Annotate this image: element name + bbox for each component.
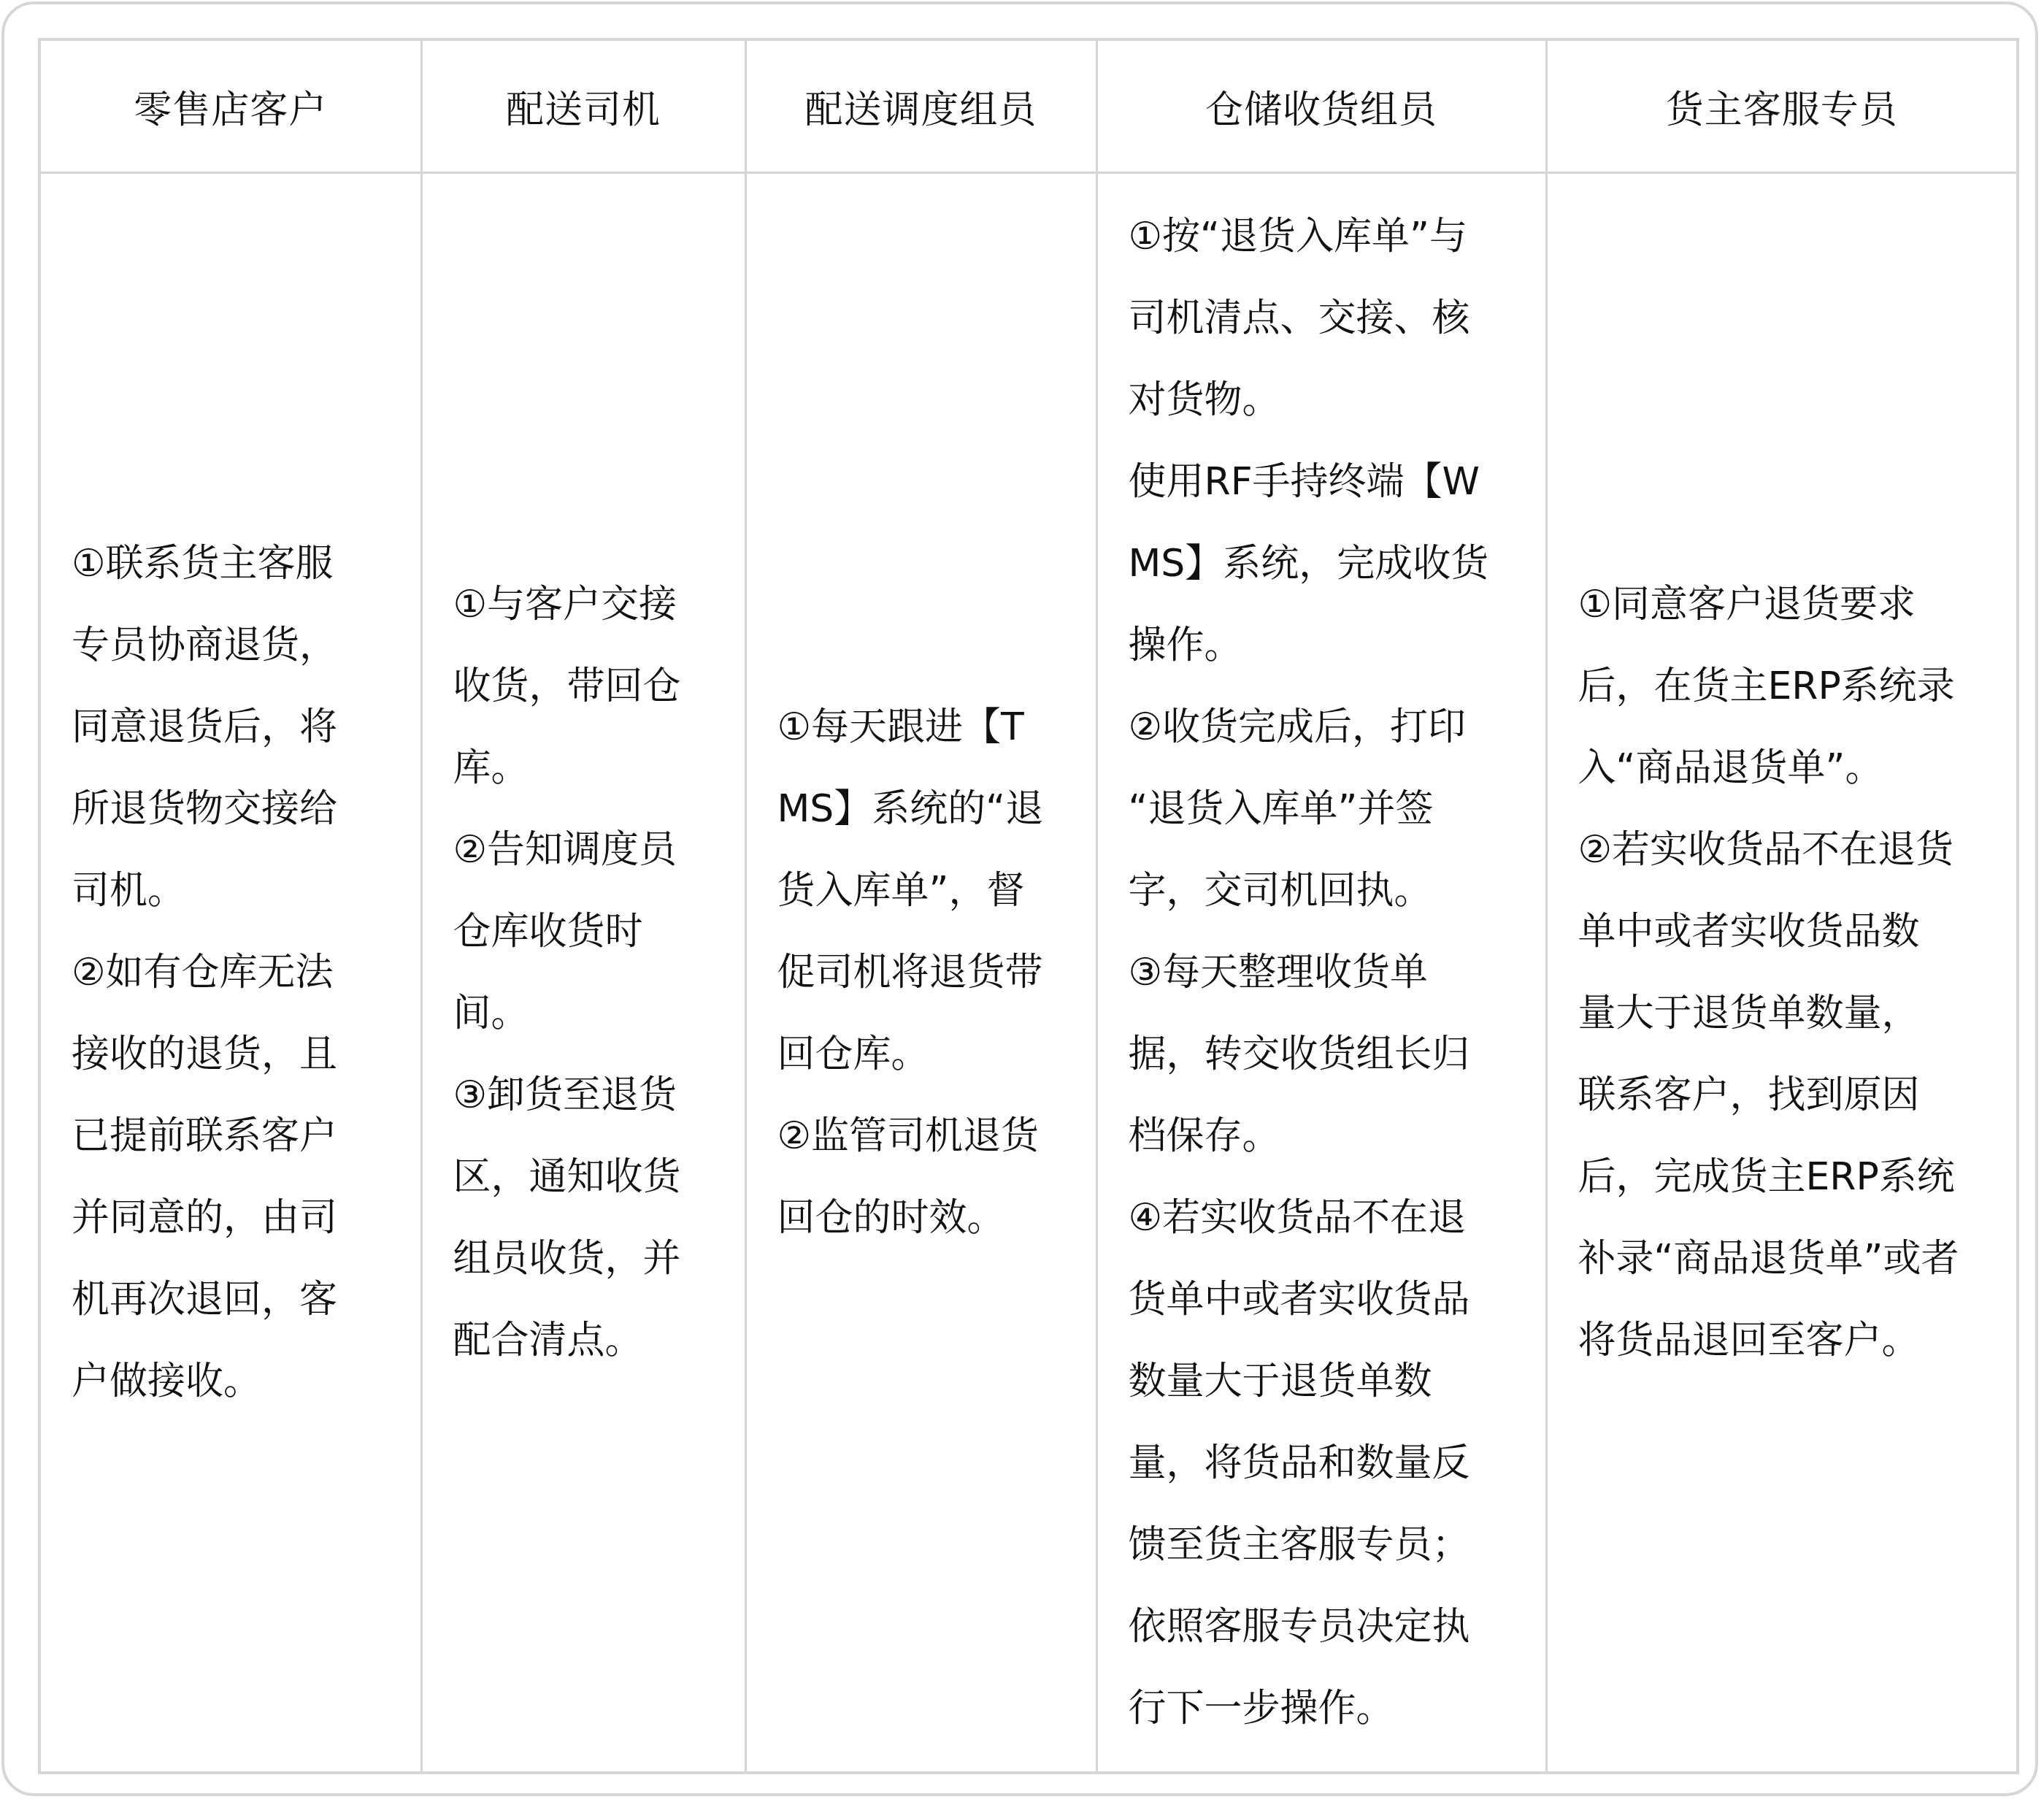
cell-text-line: 专员协商退货，: [72, 605, 406, 686]
cell-text-line: 回仓的时效。: [777, 1177, 1081, 1259]
cell-dispatch-member: ①每天跟进【TMS】系统的“退货入库单”，督促司机将退货带回仓库。②监管司机退货…: [745, 172, 1096, 1773]
cell-text-line: 收货，带回仓: [453, 645, 730, 727]
cell-text-line: 已提前联系客户: [72, 1095, 406, 1177]
cell-text-line: ③每天整理收货单: [1129, 932, 1531, 1013]
header-dispatch-member: 配送调度组员: [745, 39, 1096, 172]
cell-text-line: ②收货完成后，打印: [1129, 686, 1531, 768]
cell-text-line: 后，完成货主ERP系统: [1578, 1136, 2002, 1218]
cell-text-line: 配合清点。: [453, 1300, 730, 1381]
cell-text-line: 所退货物交接给: [72, 768, 406, 850]
cell-text-line: 后，在货主ERP系统录: [1578, 645, 2002, 727]
cell-text-line: “退货入库单”并签: [1129, 768, 1531, 850]
header-owner-service-specialist: 货主客服专员: [1546, 39, 2018, 172]
cell-text-line: 库。: [453, 727, 730, 809]
cell-text-line: 货入库单”，督: [777, 850, 1081, 932]
cell-text-line: 区，通知收货: [453, 1136, 730, 1218]
cell-text-line: 司机。: [72, 850, 406, 932]
cell-text-line: MS】系统的“退: [777, 768, 1081, 850]
cell-text-line: ①同意客户退货要求: [1578, 564, 2002, 645]
header-retail-customer: 零售店客户: [39, 39, 421, 172]
cell-text-line: 促司机将退货带: [777, 932, 1081, 1013]
cell-text-line: 并同意的，由司: [72, 1177, 406, 1259]
cell-text-line: MS】系统，完成收货: [1129, 523, 1531, 605]
return-process-table: 零售店客户 配送司机 配送调度组员 仓储收货组员 货主客服专员 ①联系货主客服专…: [38, 38, 2019, 1774]
cell-text-line: 组员收货，并: [453, 1218, 730, 1300]
cell-text-line: 将货品退回至客户。: [1578, 1300, 2002, 1381]
cell-text-line: 量，将货品和数量反: [1129, 1422, 1531, 1504]
cell-text-line: 使用RF手持终端【W: [1129, 441, 1531, 523]
cell-text-line: 字，交司机回执。: [1129, 850, 1531, 932]
header-row: 零售店客户 配送司机 配送调度组员 仓储收货组员 货主客服专员: [39, 39, 2018, 172]
cell-text-line: 接收的退货，且: [72, 1013, 406, 1095]
cell-text-line: ④若实收货品不在退: [1129, 1177, 1531, 1259]
cell-text-line: 据，转交收货组长归: [1129, 1013, 1531, 1095]
cell-text-line: 对货物。: [1129, 359, 1531, 441]
cell-text-line: 依照客服专员决定执: [1129, 1586, 1531, 1668]
cell-text-line: ①每天跟进【T: [777, 686, 1081, 768]
cell-text-line: 机再次退回，客: [72, 1259, 406, 1341]
cell-text-line: 仓库收货时: [453, 891, 730, 973]
cell-retail-customer: ①联系货主客服专员协商退货，同意退货后，将所退货物交接给司机。②如有仓库无法接收…: [39, 172, 421, 1773]
cell-text-line: ②若实收货品不在退货: [1578, 809, 2002, 891]
cell-text-line: 户做接收。: [72, 1341, 406, 1422]
cell-warehouse-receiving-member: ①按“退货入库单”与司机清点、交接、核对货物。使用RF手持终端【WMS】系统，完…: [1096, 172, 1546, 1773]
cell-text-line: 行下一步操作。: [1129, 1668, 1531, 1749]
cell-text-line: ②如有仓库无法: [72, 932, 406, 1013]
table-card: 零售店客户 配送司机 配送调度组员 仓储收货组员 货主客服专员 ①联系货主客服专…: [1, 1, 2038, 1796]
cell-text-line: 单中或者实收货品数: [1578, 891, 2002, 973]
header-delivery-driver: 配送司机: [421, 39, 745, 172]
cell-owner-service-specialist: ①同意客户退货要求后，在货主ERP系统录入“商品退货单”。②若实收货品不在退货单…: [1546, 172, 2018, 1773]
cell-text-line: ②告知调度员: [453, 809, 730, 891]
cell-text-line: 补录“商品退货单”或者: [1578, 1218, 2002, 1300]
cell-text-line: 货单中或者实收货品: [1129, 1259, 1531, 1341]
cell-text-line: 间。: [453, 973, 730, 1054]
cell-text-line: 入“商品退货单”。: [1578, 727, 2002, 809]
cell-text-line: 联系客户，找到原因: [1578, 1054, 2002, 1136]
cell-text-line: 操作。: [1129, 605, 1531, 686]
cell-text-line: ①按“退货入库单”与: [1129, 196, 1531, 277]
cell-text-line: 档保存。: [1129, 1095, 1531, 1177]
cell-text-line: ②监管司机退货: [777, 1095, 1081, 1177]
cell-text-line: 司机清点、交接、核: [1129, 277, 1531, 359]
cell-text-line: ①与客户交接: [453, 564, 730, 645]
cell-text-line: 数量大于退货单数: [1129, 1341, 1531, 1422]
cell-text-line: ①联系货主客服: [72, 523, 406, 605]
cell-text-line: 同意退货后，将: [72, 686, 406, 768]
cell-text-line: 量大于退货单数量，: [1578, 973, 2002, 1054]
header-warehouse-receiving-member: 仓储收货组员: [1096, 39, 1546, 172]
cell-delivery-driver: ①与客户交接收货，带回仓库。②告知调度员仓库收货时间。③卸货至退货区，通知收货组…: [421, 172, 745, 1773]
responsibility-row: ①联系货主客服专员协商退货，同意退货后，将所退货物交接给司机。②如有仓库无法接收…: [39, 172, 2018, 1773]
cell-text-line: 回仓库。: [777, 1013, 1081, 1095]
cell-text-line: ③卸货至退货: [453, 1054, 730, 1136]
cell-text-line: 馈至货主客服专员；: [1129, 1504, 1531, 1586]
